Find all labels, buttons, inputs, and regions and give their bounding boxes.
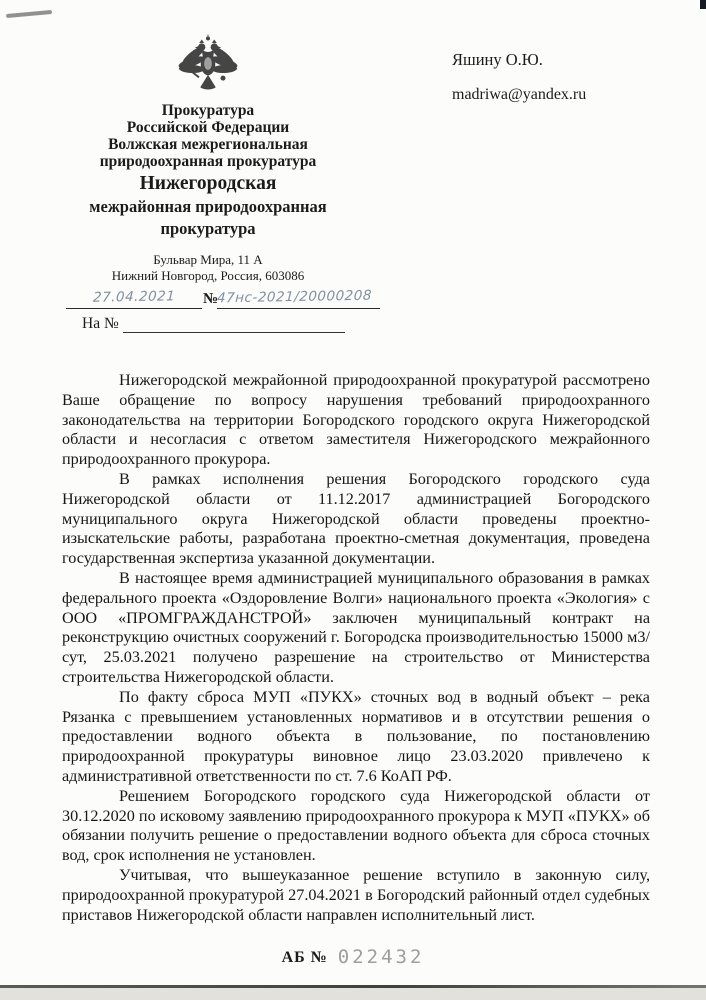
stamp-series-number: 022432: [338, 946, 425, 968]
reply-reference-row: На №: [82, 315, 345, 337]
addressee-block: Яшину О.Ю. madriwa@yandex.ru: [452, 50, 586, 104]
scan-background-strip: [0, 988, 706, 1000]
office-name-line-3: прокуратура: [52, 218, 364, 240]
stamp-series-label: АБ №: [282, 949, 328, 966]
scan-corner-mark: [700, 0, 706, 9]
scanned-letter-page: Прокуратура Российской Федерации Волжска…: [0, 0, 706, 1000]
org-line-2: Российской Федерации: [52, 119, 364, 136]
russia-coat-of-arms-icon: [177, 34, 239, 98]
outgoing-number-handwritten: 47нс-2021/20000208: [217, 288, 373, 307]
blank-series-stamp: АБ №022432: [0, 946, 706, 968]
address-line-1: Бульвар Мира, 11 А: [52, 252, 364, 268]
scan-streak-artifact: [6, 10, 52, 17]
office-name-line-1: Нижегородская: [52, 172, 364, 196]
letterhead: Прокуратура Российской Федерации Волжска…: [52, 34, 364, 283]
body-paragraph: Учитывая, что вышеуказанное решение всту…: [62, 866, 650, 925]
letter-body: Нижегородской межрайонной природоохранно…: [62, 371, 650, 925]
body-paragraph: По факту сброса МУП «ПУКХ» сточных вод в…: [62, 688, 650, 787]
office-address: Бульвар Мира, 11 А Нижний Новгород, Росс…: [52, 252, 364, 283]
org-line-4: природоохранная прокуратура: [52, 153, 364, 170]
reply-ref-label: На №: [82, 315, 119, 332]
address-line-2: Нижний Новгород, Россия, 603086: [52, 268, 364, 284]
reference-row: 27.04.2021 № 47нс-2021/20000208: [66, 288, 626, 314]
org-line-1: Прокуратура: [52, 102, 364, 119]
office-name-line-2: межрайонная природоохранная: [52, 196, 364, 218]
outgoing-number-line: 47нс-2021/20000208: [217, 288, 380, 309]
outgoing-date-handwritten: 27.04.2021: [92, 288, 175, 305]
body-paragraph: В рамках исполнения решения Богородского…: [62, 470, 650, 569]
body-paragraph: Решением Богородского городского суда Ни…: [62, 787, 650, 866]
addressee-email: madriwa@yandex.ru: [452, 86, 586, 104]
addressee-name: Яшину О.Ю.: [452, 50, 586, 70]
body-paragraph: Нижегородской межрайонной природоохранно…: [62, 371, 650, 470]
body-paragraph: В настоящее время администрацией муницип…: [62, 569, 650, 688]
org-line-3: Волжская межрегиональная: [52, 136, 364, 153]
reply-ref-blank-line: [123, 316, 345, 333]
outgoing-date-line: 27.04.2021: [66, 288, 202, 309]
